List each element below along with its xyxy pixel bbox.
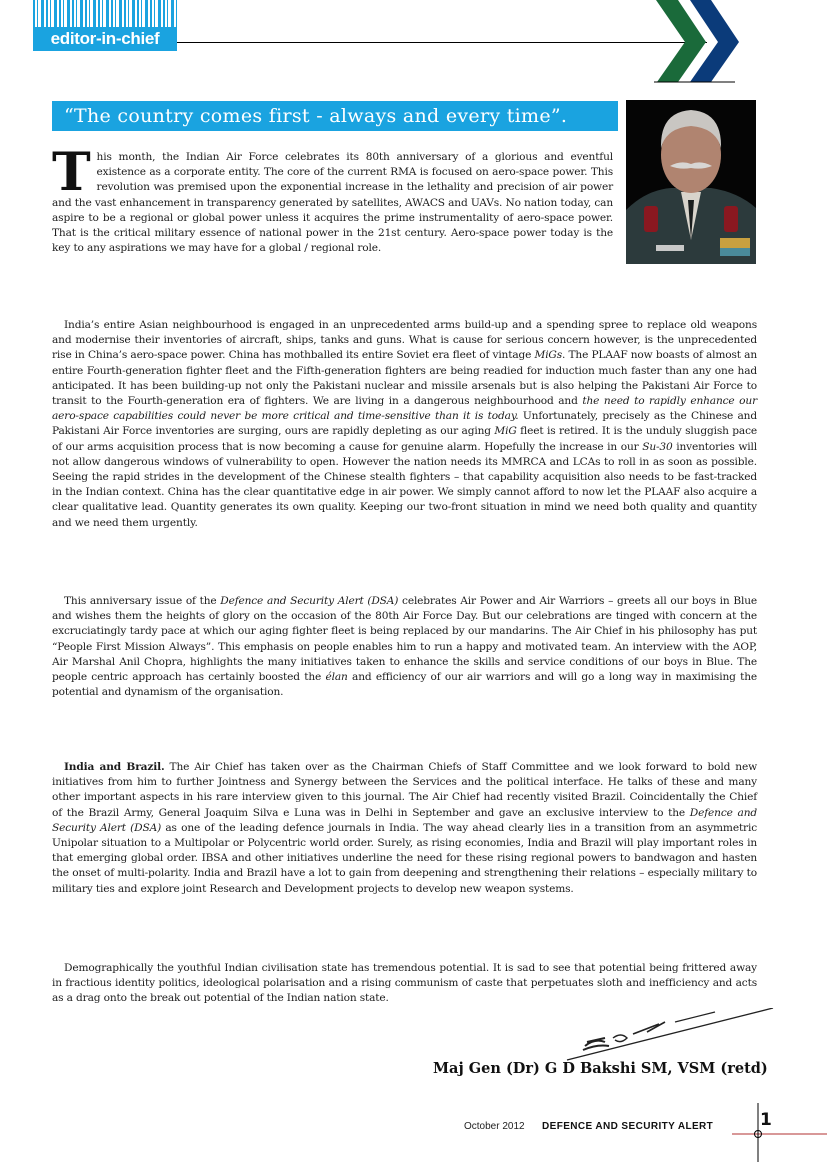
crop-mark-icon — [725, 1100, 827, 1162]
italic-term: MiG — [494, 425, 516, 437]
double-chevron-icon — [650, 0, 765, 84]
article-paragraph-5: Demographically the youthful Indian civi… — [52, 961, 757, 1007]
signature-icon — [555, 1008, 775, 1064]
italic-term: MiGs — [535, 349, 563, 361]
italic-term: Su-30 — [642, 441, 672, 453]
article-paragraph-1: This month, the Indian Air Force celebra… — [52, 150, 613, 256]
page-number: 1 — [760, 1110, 772, 1130]
author-name: Maj Gen (Dr) G D Bakshi SM, VSM (retd) — [433, 1060, 768, 1077]
author-photo — [626, 100, 756, 264]
section-logo: editor-in-chief — [33, 0, 177, 51]
dropcap: T — [52, 152, 91, 194]
italic-title: Defence and Security Alert (DSA) — [220, 595, 398, 607]
issue-date: October 2012 — [464, 1121, 525, 1132]
article-paragraph-4: India and Brazil. The Air Chief has take… — [52, 760, 757, 897]
magazine-name: DEFENCE AND SECURITY ALERT — [542, 1121, 713, 1132]
barcode-decoration — [33, 0, 177, 28]
italic-term: élan — [325, 671, 347, 683]
quote-banner: “The country comes first - always and ev… — [52, 101, 618, 131]
article-paragraph-2: India’s entire Asian neighbourhood is en… — [52, 318, 757, 531]
paragraph-text: inventories will not allow dangerous win… — [52, 441, 757, 529]
header-rule — [177, 42, 707, 43]
paragraph-text: his month, the Indian Air Force celebrat… — [52, 151, 613, 254]
section-tag: editor-in-chief — [33, 27, 177, 51]
portrait-image — [626, 100, 756, 264]
article-paragraph-3: This anniversary issue of the Defence an… — [52, 594, 757, 700]
paragraph-lead: India and Brazil. — [64, 761, 165, 773]
paragraph-text: Demographically the youthful Indian civi… — [52, 962, 757, 1004]
paragraph-text: celebrates Air Power and Air Warriors – … — [52, 595, 757, 683]
paragraph-text: This anniversary issue of the — [64, 595, 220, 607]
